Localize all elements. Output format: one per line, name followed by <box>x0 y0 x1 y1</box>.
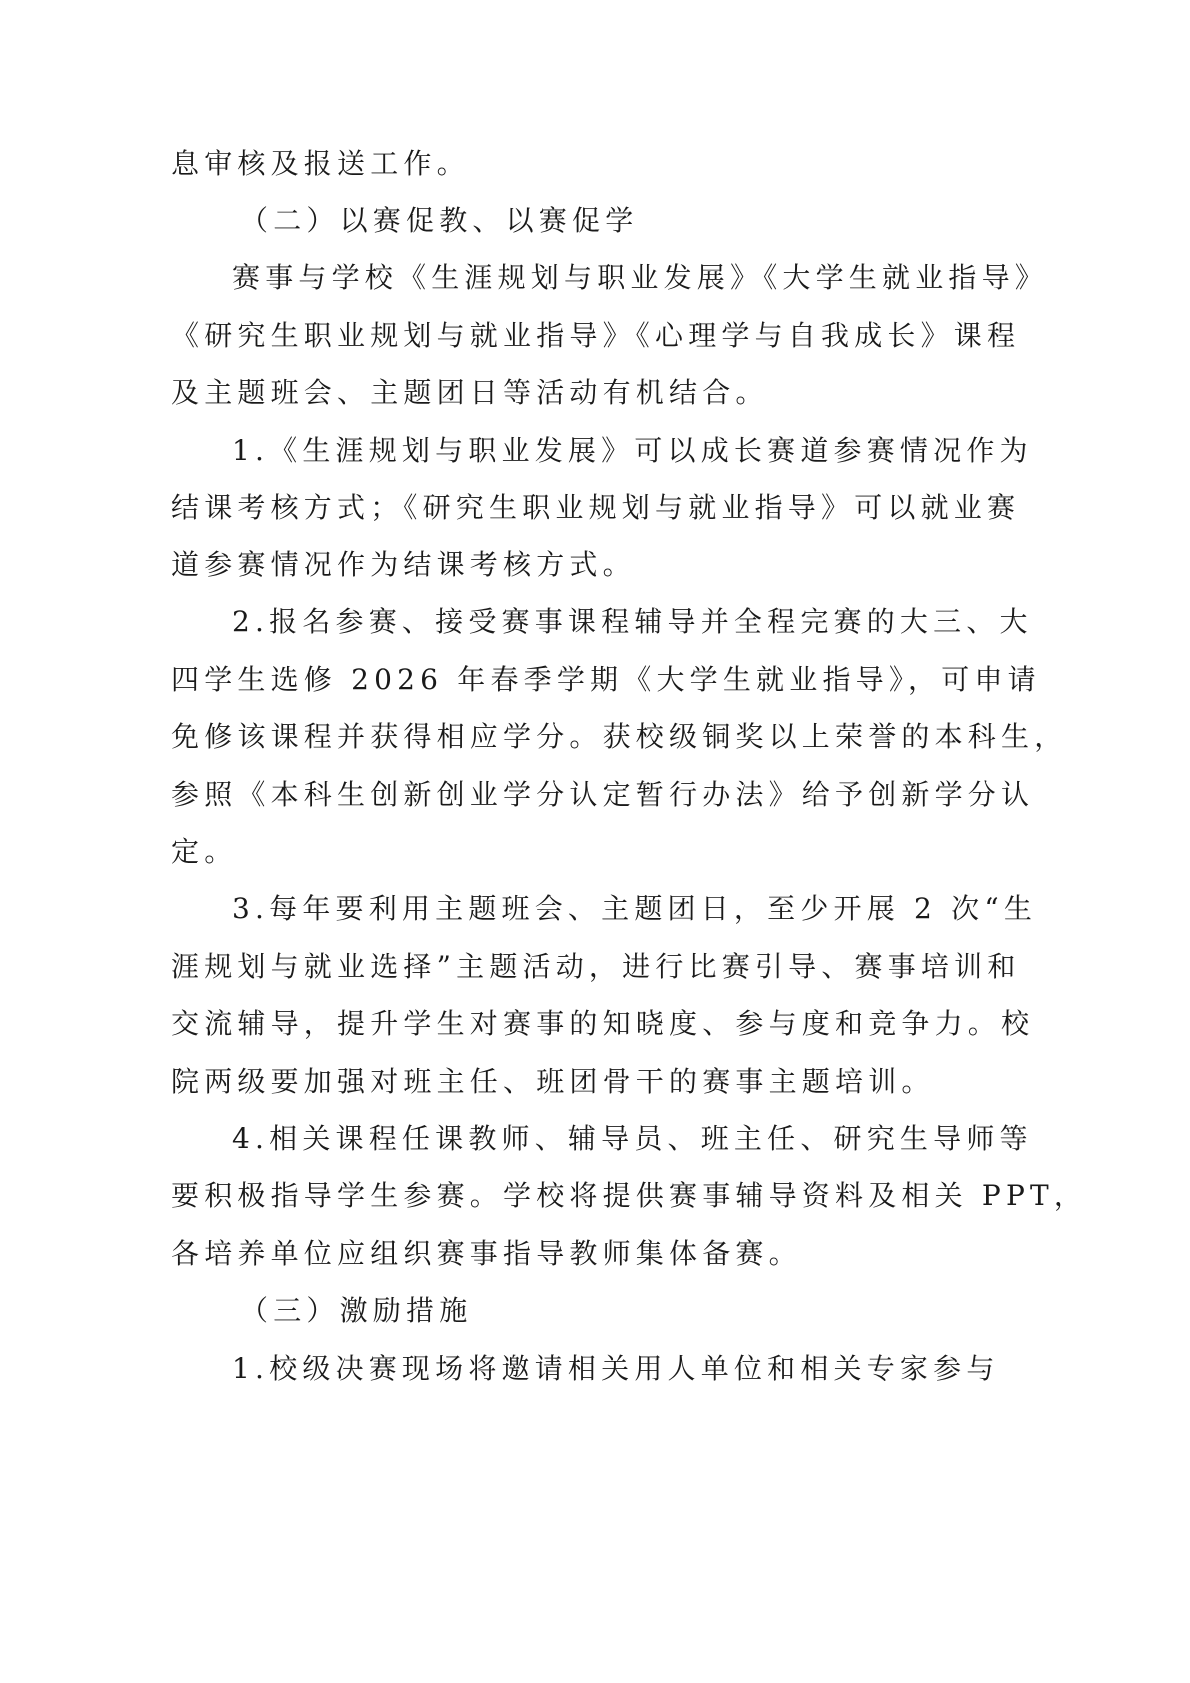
text-line: 涯规划与就业选择”主题活动，进行比赛引导、赛事培训和 <box>171 947 1021 987</box>
paragraph-line: 赛事与学校《生涯规划与职业发展》《大学生就业指导》 <box>232 258 1048 298</box>
list-item-1: 1.《生涯规划与职业发展》可以成长赛道参赛情况作为 <box>232 431 1033 471</box>
document-page: 息审核及报送工作。 （二）以赛促教、以赛促学 赛事与学校《生涯规划与职业发展》《… <box>0 0 1190 1683</box>
text-line: 《研究生职业规划与就业指导》《心理学与自我成长》课程 <box>171 316 1020 356</box>
text-line: 结课考核方式；《研究生职业规划与就业指导》可以就业赛 <box>171 488 1020 528</box>
text-line: 免修该课程并获得相应学分。获校级铜奖以上荣誉的本科生， <box>171 717 1067 757</box>
text-line: 四学生选修 2026 年春季学期《大学生就业指导》，可申请 <box>171 660 1041 700</box>
text-line: 及主题班会、主题团日等活动有机结合。 <box>171 373 769 413</box>
text-line: 各培养单位应组织赛事指导教师集体备赛。 <box>171 1234 802 1274</box>
list-item-4: 4.相关课程任课教师、辅导员、班主任、研究生导师等 <box>232 1119 1033 1159</box>
text-line: 院两级要加强对班主任、班团骨干的赛事主题培训。 <box>171 1062 935 1102</box>
text-line: 交流辅导，提升学生对赛事的知晓度、参与度和竞争力。校 <box>171 1004 1034 1044</box>
text-line: 要积极指导学生参赛。学校将提供赛事辅导资料及相关 PPT， <box>171 1176 1087 1216</box>
list-item-3: 3.每年要利用主题班会、主题团日，至少开展 2 次“生 <box>232 889 1037 929</box>
section-heading: （二）以赛促教、以赛促学 <box>240 201 638 241</box>
text-line: 参照《本科生创新创业学分认定暂行办法》给予创新学分认 <box>171 775 1034 815</box>
text-line: 息审核及报送工作。 <box>171 144 470 184</box>
section-heading: （三）激励措施 <box>240 1291 472 1331</box>
list-item-2: 2.报名参赛、接受赛事课程辅导并全程完赛的大三、大 <box>232 602 1033 642</box>
list-item-1: 1.校级决赛现场将邀请相关用人单位和相关专家参与 <box>232 1349 1000 1389</box>
text-line: 道参赛情况作为结课考核方式。 <box>171 545 636 585</box>
text-line: 定。 <box>171 832 237 872</box>
